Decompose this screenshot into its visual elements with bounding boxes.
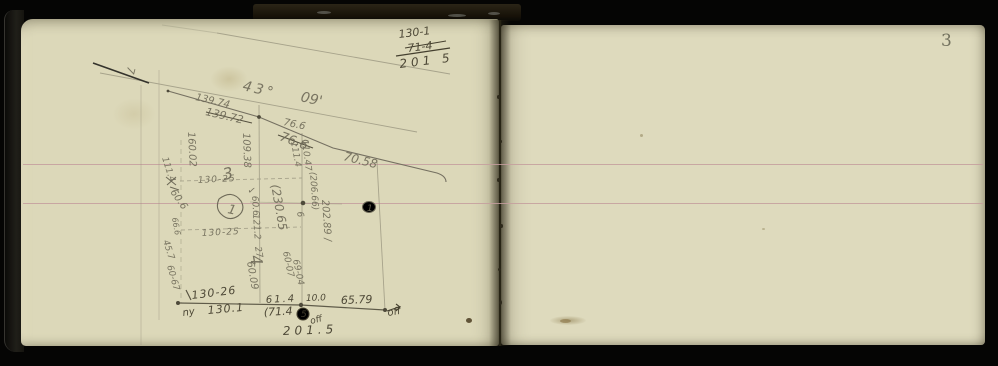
sketch-label: 1 xyxy=(226,202,237,218)
sketch-label: 1 xyxy=(367,204,373,214)
sketch-label: 111.4 xyxy=(159,156,177,184)
sketch-label: (206.66) xyxy=(307,172,320,211)
sketch-label: off xyxy=(387,305,404,318)
sketch-label: (230.65 xyxy=(268,183,290,231)
sketch-label: 130-25 xyxy=(202,227,240,239)
sketch-label: ny xyxy=(182,306,197,319)
sketch-label: 65.79 xyxy=(341,293,373,307)
sketch-labels: 130-171-4201 5743°09'139.74139.7276.676.… xyxy=(123,24,454,338)
sketch-label: 130-26 xyxy=(191,284,237,302)
sketch-label: 09' xyxy=(299,89,324,109)
sketch-label: 27 xyxy=(252,246,264,259)
notebook-photo: 3 xyxy=(0,0,998,366)
sketch-label: 130.1 xyxy=(207,301,244,317)
sketch-label: 130-1 xyxy=(398,24,431,41)
sketch-label: 66.6 xyxy=(170,217,182,236)
sketch-label: 60-67 xyxy=(164,264,181,292)
sketch-label: 60.6 xyxy=(168,187,190,212)
sketch-label: 5 xyxy=(301,310,307,320)
sketch-label: 202.89 / xyxy=(319,199,333,243)
sketch-label: 60.09 xyxy=(244,261,260,291)
sketch-label: 45.7 xyxy=(160,239,176,261)
sketch-label: 43° xyxy=(241,78,278,101)
sketch-label: (71.4 xyxy=(263,305,292,319)
sketch-label: 130-25 xyxy=(198,174,236,186)
sketch-label: 109.38 xyxy=(240,133,252,168)
sketch-label: 6 xyxy=(294,211,305,219)
sketch-label: 10.0 xyxy=(306,293,327,304)
sketch-label: 201 5 xyxy=(399,50,455,71)
sketch-label: 201.5 xyxy=(283,322,338,338)
sketch-traverse-lines xyxy=(168,91,446,310)
sketch-label: 121.2 xyxy=(250,214,262,241)
sketch-label: 110.47 xyxy=(299,139,313,172)
survey-sketch: 130-171-4201 5743°09'139.74139.7276.676.… xyxy=(0,0,998,366)
sketch-label: 139.72 xyxy=(204,105,244,126)
sketch-label: 70.58 xyxy=(342,149,379,171)
sketch-label: 160.02 xyxy=(185,132,198,168)
